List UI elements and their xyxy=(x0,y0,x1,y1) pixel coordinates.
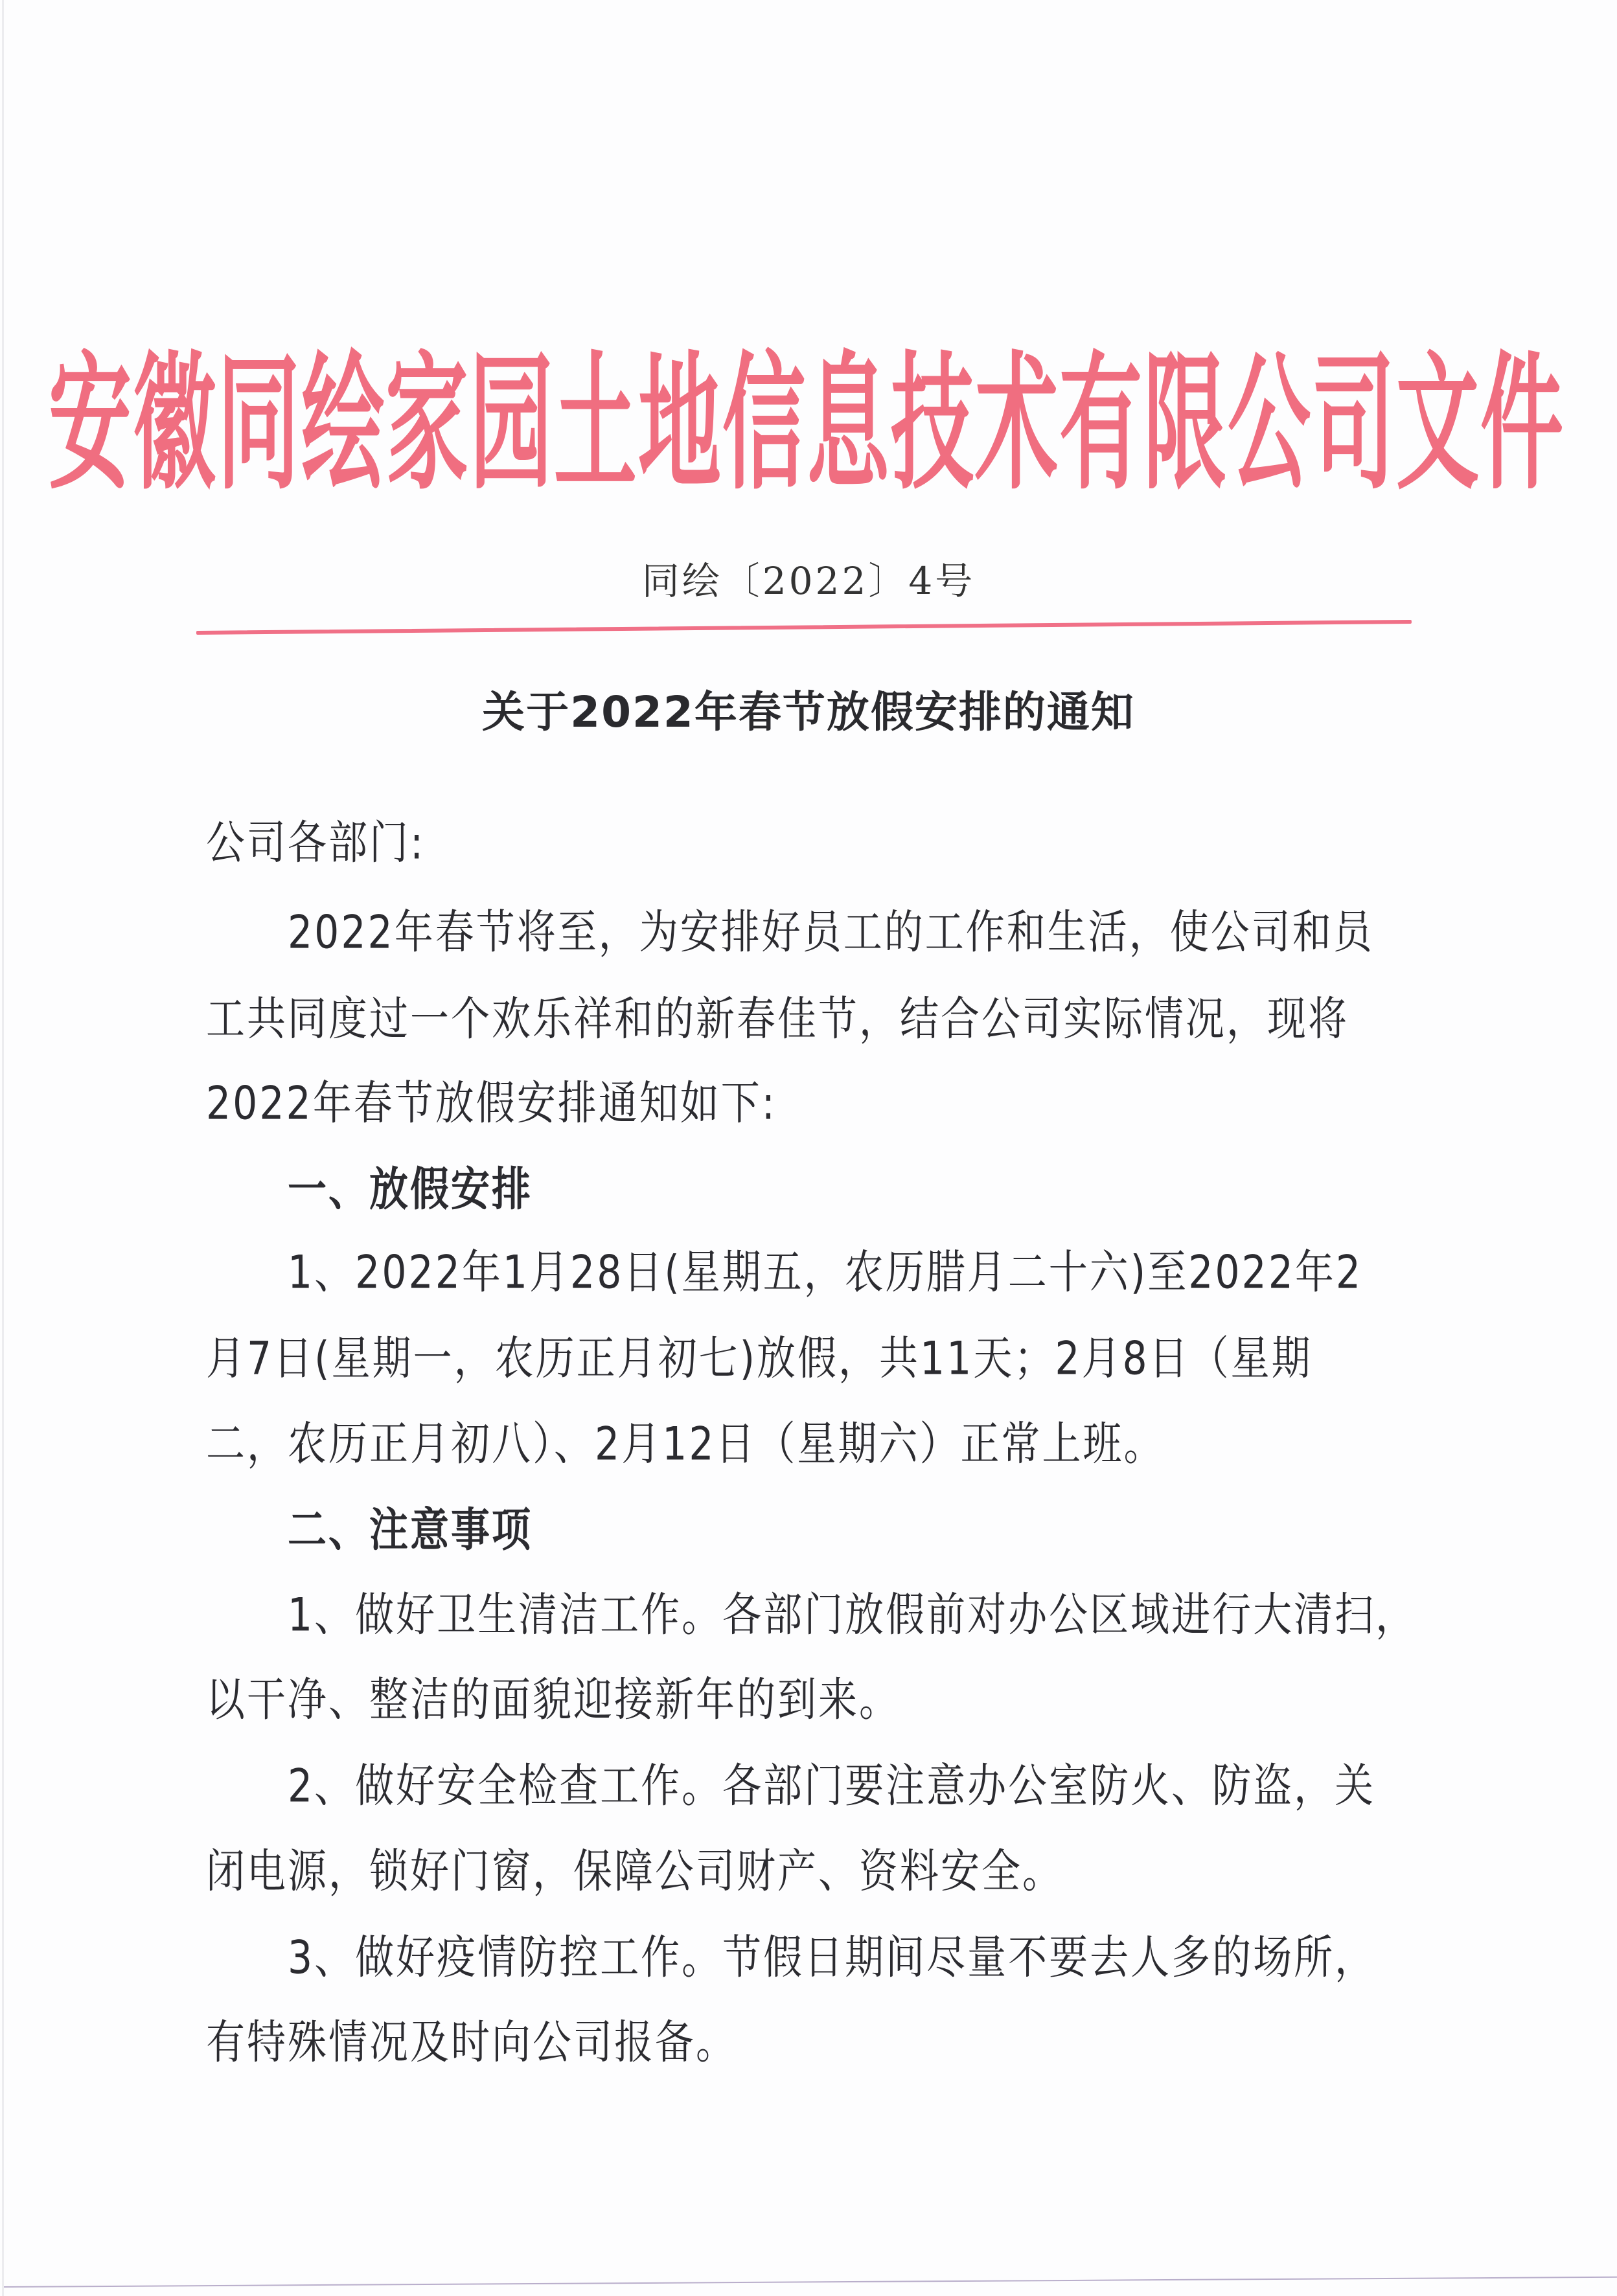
note-1-line-2: 以干净、整洁的面貌迎接新年的到来。 xyxy=(206,1670,1424,1731)
note-3-line-1: 3、做好疫情防控工作。节假日期间尽量不要去人多的场所， xyxy=(288,1927,1506,1988)
note-2-line-2: 闭电源，锁好门窗，保障公司财产、资料安全。 xyxy=(206,1841,1424,1902)
intro-line-2: 工共同度过一个欢乐祥和的新春佳节，结合公司实际情况，现将 xyxy=(206,989,1424,1050)
red-letterhead: 安徽同绘家园土地信息技术有限公司文件 xyxy=(194,324,1419,499)
scan-edge-bottom xyxy=(4,2277,1617,2288)
notice-title: 关于2022年春节放假安排的通知 xyxy=(0,677,1617,739)
holiday-line-1: 1、2022年1月28日(星期五，农历腊月二十六)至2022年2 xyxy=(288,1242,1506,1303)
note-2-line-1: 2、做好安全检查工作。各部门要注意办公室防火、防盗，关 xyxy=(288,1756,1506,1817)
letterhead-title: 安徽同绘家园土地信息技术有限公司文件 xyxy=(49,305,1565,517)
intro-line-3: 2022年春节放假安排通知如下: xyxy=(206,1073,1424,1134)
red-divider-rule xyxy=(196,620,1412,635)
holiday-line-3: 二，农历正月初八）、2月12日（星期六）正常上班。 xyxy=(206,1414,1424,1475)
holiday-line-2: 月7日(星期一，农历正月初七)放假，共11天；2月8日（星期 xyxy=(206,1328,1424,1389)
note-3-line-2: 有特殊情况及时向公司报备。 xyxy=(206,2012,1424,2073)
document-number: 同绘〔2022〕4号 xyxy=(0,551,1617,605)
intro-line-1: 2022年春节将至，为安排好员工的工作和生活，使公司和员 xyxy=(288,902,1506,963)
salutation: 公司各部门: xyxy=(206,813,1424,874)
document-page: 安徽同绘家园土地信息技术有限公司文件 同绘〔2022〕4号 关于2022年春节放… xyxy=(0,0,1617,2296)
scan-edge-left xyxy=(2,0,4,2296)
note-1-line-1: 1、做好卫生清洁工作。各部门放假前对办公区域进行大清扫， xyxy=(288,1585,1506,1646)
section-heading-holiday: 一、放假安排 xyxy=(288,1159,1506,1220)
section-heading-notes: 二、注意事项 xyxy=(288,1500,1506,1561)
